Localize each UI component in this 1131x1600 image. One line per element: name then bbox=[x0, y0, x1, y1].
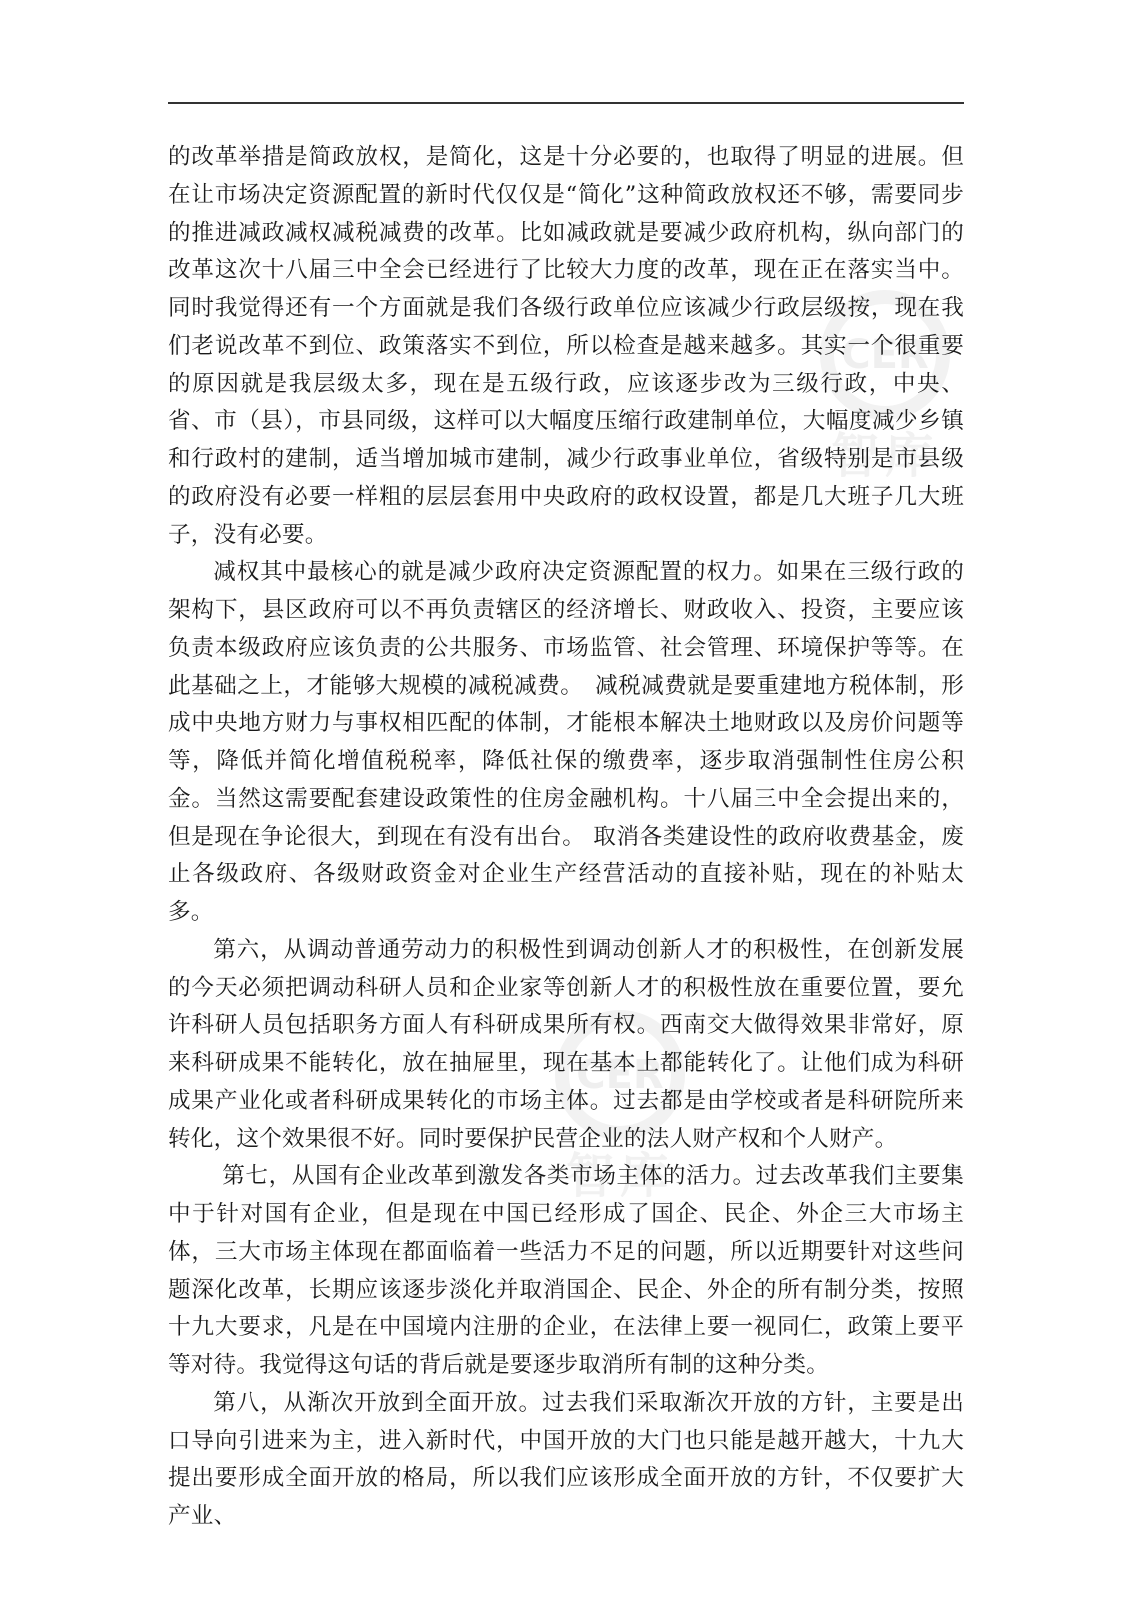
paragraph-point-six-innovation: 第六，从调动普通劳动力的积极性到调动创新人才的积极性，在创新发展的今天必须把调动… bbox=[168, 932, 964, 1159]
paragraph-point-seven-market-entities: 第七，从国有企业改革到激发各类市场主体的活力。过去改革我们主要集中于针对国有企业… bbox=[168, 1158, 964, 1385]
paragraph-point-eight-opening-up: 第八，从渐次开放到全面开放。过去我们采取渐次开放的方针，主要是出口导向引进来为主… bbox=[168, 1385, 964, 1536]
document-body: 的改革举措是简政放权，是简化，这是十分必要的，也取得了明显的进展。但在让市场决定… bbox=[168, 139, 964, 1536]
header-rule bbox=[168, 102, 964, 104]
paragraph-government-reform: 的改革举措是简政放权，是简化，这是十分必要的，也取得了明显的进展。但在让市场决定… bbox=[168, 139, 964, 554]
paragraph-reduce-power: 减权其中最核心的就是减少政府决定资源配置的权力。如果在三级行政的架构下，县区政府… bbox=[168, 554, 964, 932]
